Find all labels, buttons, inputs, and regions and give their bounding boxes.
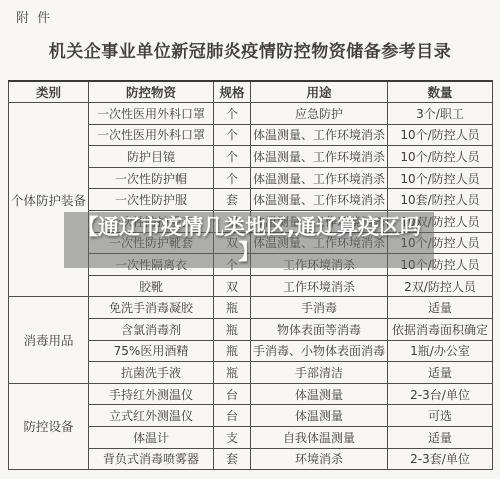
table-cell: 2双/防控人员 [388, 275, 493, 297]
table-cell: 手持红外测温仪 [89, 383, 214, 405]
table-cell: 体温测量 [251, 405, 388, 427]
column-header: 数量 [388, 81, 493, 103]
table-cell: 体温测量、工作环境消杀 [251, 189, 388, 211]
table-cell: 自我体温测量 [251, 426, 388, 448]
table-cell: 个 [214, 146, 251, 168]
table-cell: 胶靴 [89, 275, 214, 297]
table-cell: 体温测量、工作环境消杀 [251, 124, 388, 146]
table-cell: 瓶 [214, 340, 251, 362]
table-cell: 1瓶/办公室 [388, 340, 493, 362]
table-cell: 台 [214, 405, 251, 427]
watermark-overlay: 【通辽市疫情几类地区,通辽算疫区吗 】 [64, 212, 434, 268]
table-cell: 10个/防控人员 [388, 167, 493, 189]
table-cell: 抗菌洗手液 [89, 362, 214, 384]
column-header: 规格 [214, 81, 251, 103]
table-cell: 双 [214, 275, 251, 297]
table-cell: 台 [214, 383, 251, 405]
attachment-label: 附 件 [16, 7, 52, 26]
table-cell: 一次性医用外科口罩 [89, 103, 214, 125]
watermark-text-line1: 【通辽市疫情几类地区,通辽算疫区吗 [64, 214, 434, 241]
table-cell: 手部清洁 [251, 362, 388, 384]
table-cell: 含氯消毒剂 [89, 318, 214, 340]
table-cell: 防护目镜 [89, 146, 214, 168]
table-cell: 适量 [388, 297, 493, 319]
table-cell: 可选 [388, 405, 493, 427]
column-header: 类别 [9, 81, 89, 103]
table-cell: 手消毒、小物体表面消毒 [251, 340, 388, 362]
table-cell: 背负式消毒喷雾器 [89, 448, 214, 470]
table-cell: 手消毒 [251, 297, 388, 319]
table-cell: 套 [214, 448, 251, 470]
table-cell: 2-3台/单位 [388, 383, 493, 405]
table-cell: 2-3套/单位 [388, 448, 493, 470]
table-cell: 10个/防控人员 [388, 146, 493, 168]
table-cell: 个 [214, 103, 251, 125]
table-cell: 3个/职工 [388, 103, 493, 125]
table-cell: 瓶 [214, 362, 251, 384]
table-cell: 物体表面等消毒 [251, 318, 388, 340]
table-cell: 10套/防控人员 [388, 189, 493, 211]
table-row: 消毒用品免洗手消毒凝胶瓶手消毒适量 [9, 297, 493, 319]
table-row: 防控设备手持红外测温仪台体温测量2-3台/单位 [9, 383, 493, 405]
page-title: 机关企事业单位新冠肺炎疫情防控物资储备参考目录 [0, 37, 500, 62]
document-page: 附 件 机关企事业单位新冠肺炎疫情防控物资储备参考目录 类别防控物资规格用途数量… [0, 0, 500, 479]
table-cell: 10个/防控人员 [388, 124, 493, 146]
table-cell: 一次性防护帽 [89, 167, 214, 189]
table-cell: 适量 [388, 362, 493, 384]
table-cell: 适量 [388, 426, 493, 448]
table-cell: 工作环境消杀 [251, 275, 388, 297]
table-cell: 支 [214, 426, 251, 448]
table-cell: 体温计 [89, 426, 214, 448]
column-header: 用途 [251, 81, 388, 103]
table-cell: 个 [214, 124, 251, 146]
table-cell: 应急防护 [251, 103, 388, 125]
table-cell: 环境消杀 [251, 448, 388, 470]
table-cell: 瓶 [214, 318, 251, 340]
table-cell: 个 [214, 167, 251, 189]
table-cell: 体温测量、工作环境消杀 [251, 167, 388, 189]
table-cell: 体温测量、工作环境消杀 [251, 146, 388, 168]
table-cell: 一次性医用外科口罩 [89, 124, 214, 146]
table-row: 个体防护装备一次性医用外科口罩个应急防护3个/职工 [9, 103, 493, 125]
table-header-row: 类别防控物资规格用途数量 [9, 81, 493, 103]
table-cell: 一次性防护服 [89, 189, 214, 211]
table-cell: 免洗手消毒凝胶 [89, 297, 214, 319]
category-cell: 消毒用品 [9, 297, 89, 383]
table-cell: 依据消毒面积确定 [388, 318, 493, 340]
column-header: 防控物资 [89, 81, 214, 103]
supplies-table: 类别防控物资规格用途数量 个体防护装备一次性医用外科口罩个应急防护3个/职工一次… [8, 80, 493, 470]
table-cell: 立式红外测温仪 [89, 405, 214, 427]
table-cell: 体温测量 [251, 383, 388, 405]
watermark-text-line2: 】 [64, 240, 434, 264]
category-cell: 防控设备 [9, 383, 89, 469]
table-cell: 套 [214, 189, 251, 211]
table-cell: 瓶 [214, 297, 251, 319]
table-cell: 75%医用酒精 [89, 340, 214, 362]
